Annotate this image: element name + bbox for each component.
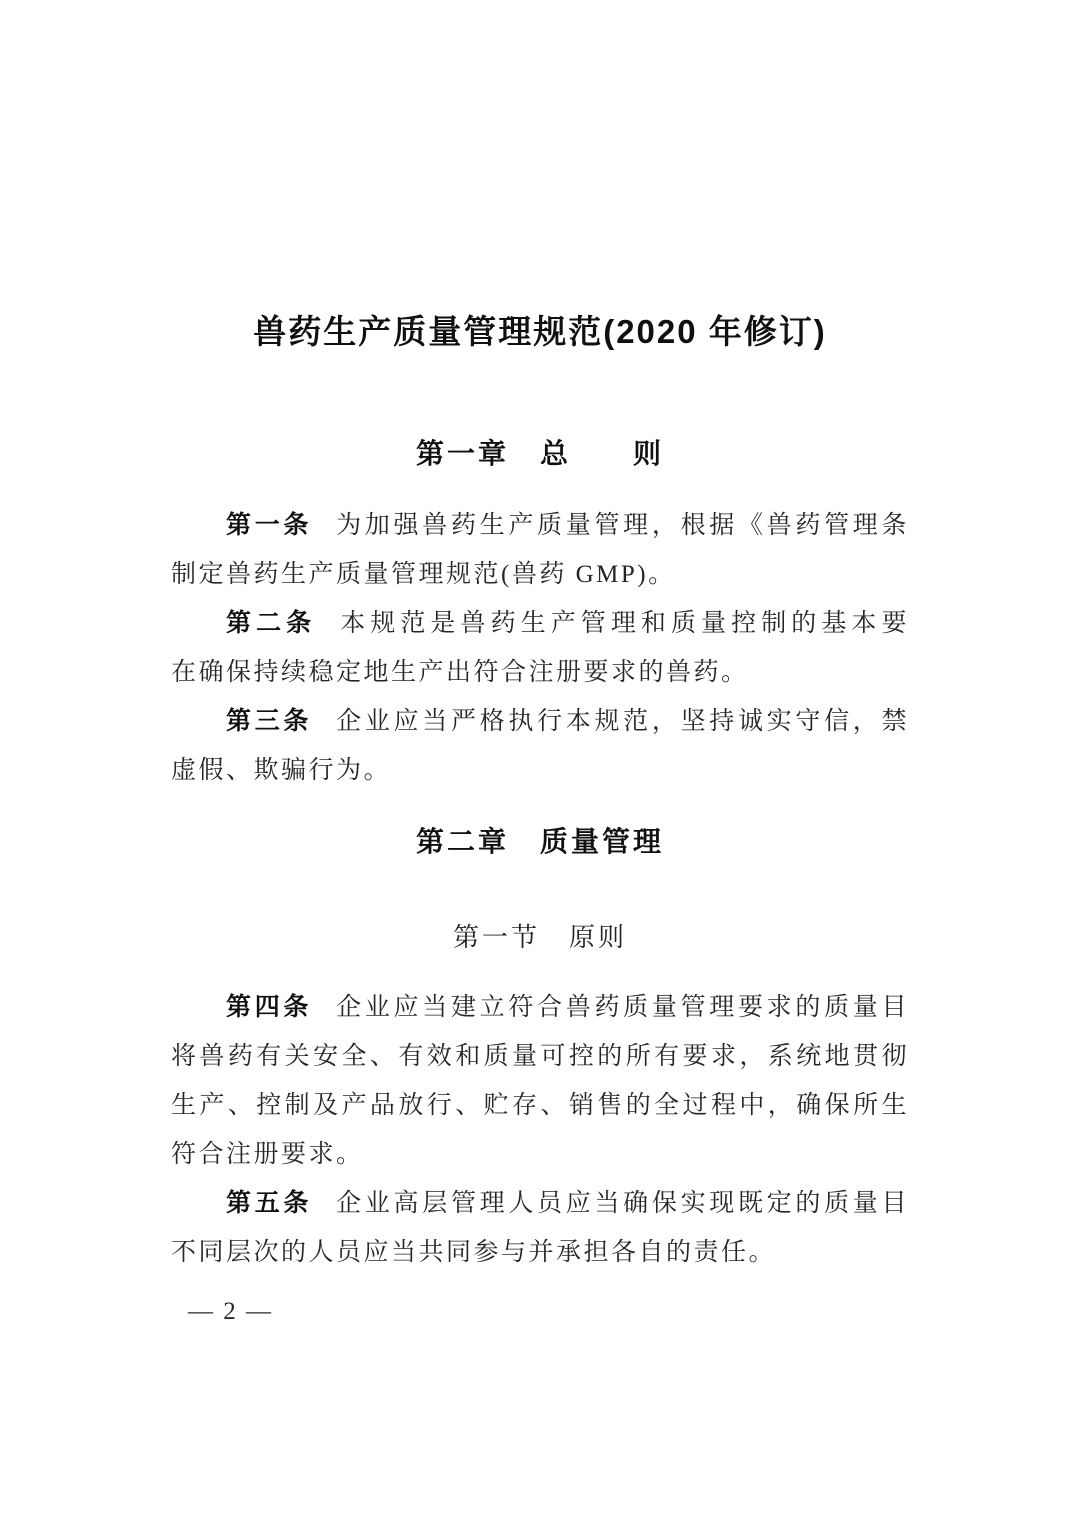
articles-block-1: 第一条为加强兽药生产质量管理，根据《兽药管理条例》， 制定兽药生产质量管理规范(… bbox=[171, 501, 909, 795]
article-text-line: 生产、控制及产品放行、贮存、销售的全过程中，确保所生产的兽药 bbox=[171, 1081, 909, 1130]
article-text-line: 第二条本规范是兽药生产管理和质量控制的基本要求，旨 bbox=[171, 599, 909, 648]
article-text-line: 在确保持续稳定地生产出符合注册要求的兽药。 bbox=[171, 648, 909, 697]
article-number-label: 第三条 bbox=[226, 707, 312, 735]
article-number-label: 第五条 bbox=[226, 1189, 312, 1217]
article-number-label: 第四条 bbox=[226, 993, 312, 1021]
article-text-line: 制定兽药生产质量管理规范(兽药 GMP)。 bbox=[171, 550, 909, 599]
article-paragraph: 第二条本规范是兽药生产管理和质量控制的基本要求，旨 在确保持续稳定地生产出符合注… bbox=[171, 599, 909, 697]
article-text-line: 第三条企业应当严格执行本规范，坚持诚实守信，禁止任何 bbox=[171, 697, 909, 746]
article-number-label: 第一条 bbox=[226, 511, 312, 539]
article-text-line: 将兽药有关安全、有效和质量可控的所有要求，系统地贯彻到兽药 bbox=[171, 1032, 909, 1081]
document-title: 兽药生产质量管理规范(2020 年修订) bbox=[0, 312, 1080, 352]
article-text: 本规范是兽药生产管理和质量控制的基本要求，旨 bbox=[226, 610, 909, 648]
article-paragraph: 第一条为加强兽药生产质量管理，根据《兽药管理条例》， 制定兽药生产质量管理规范(… bbox=[171, 501, 909, 599]
article-text-line: 不同层次的人员应当共同参与并承担各自的责任。 bbox=[171, 1228, 909, 1277]
article-text-line: 第四条企业应当建立符合兽药质量管理要求的质量目标， bbox=[171, 983, 909, 1032]
article-text-line: 第五条企业高层管理人员应当确保实现既定的质量目标， bbox=[171, 1179, 909, 1228]
article-text-line: 符合注册要求。 bbox=[171, 1130, 909, 1179]
article-paragraph: 第五条企业高层管理人员应当确保实现既定的质量目标， 不同层次的人员应当共同参与并… bbox=[171, 1179, 909, 1277]
article-text: 企业应当建立符合兽药质量管理要求的质量目标， bbox=[226, 994, 909, 1032]
article-paragraph: 第三条企业应当严格执行本规范，坚持诚实守信，禁止任何 虚假、欺骗行为。 bbox=[171, 697, 909, 795]
article-text: 企业高层管理人员应当确保实现既定的质量目标， bbox=[226, 1190, 909, 1228]
article-paragraph: 第四条企业应当建立符合兽药质量管理要求的质量目标， 将兽药有关安全、有效和质量可… bbox=[171, 983, 909, 1179]
articles-block-2: 第四条企业应当建立符合兽药质量管理要求的质量目标， 将兽药有关安全、有效和质量可… bbox=[171, 983, 909, 1277]
chapter-one-heading: 第一章 总 则 bbox=[0, 437, 1080, 471]
chapter-two-heading: 第二章 质量管理 bbox=[0, 825, 1080, 859]
section-one-heading: 第一节 原则 bbox=[0, 922, 1080, 954]
page-number: — 2 — bbox=[188, 1297, 273, 1327]
article-text: 为加强兽药生产质量管理，根据《兽药管理条例》， bbox=[226, 512, 909, 550]
document-page: 兽药生产质量管理规范(2020 年修订) 第一章 总 则 第一条为加强兽药生产质… bbox=[0, 0, 1080, 1529]
article-text: 企业应当严格执行本规范，坚持诚实守信，禁止任何 bbox=[226, 708, 909, 746]
article-number-label: 第二条 bbox=[226, 609, 316, 637]
article-text-line: 第一条为加强兽药生产质量管理，根据《兽药管理条例》， bbox=[171, 501, 909, 550]
article-text-line: 虚假、欺骗行为。 bbox=[171, 746, 909, 795]
